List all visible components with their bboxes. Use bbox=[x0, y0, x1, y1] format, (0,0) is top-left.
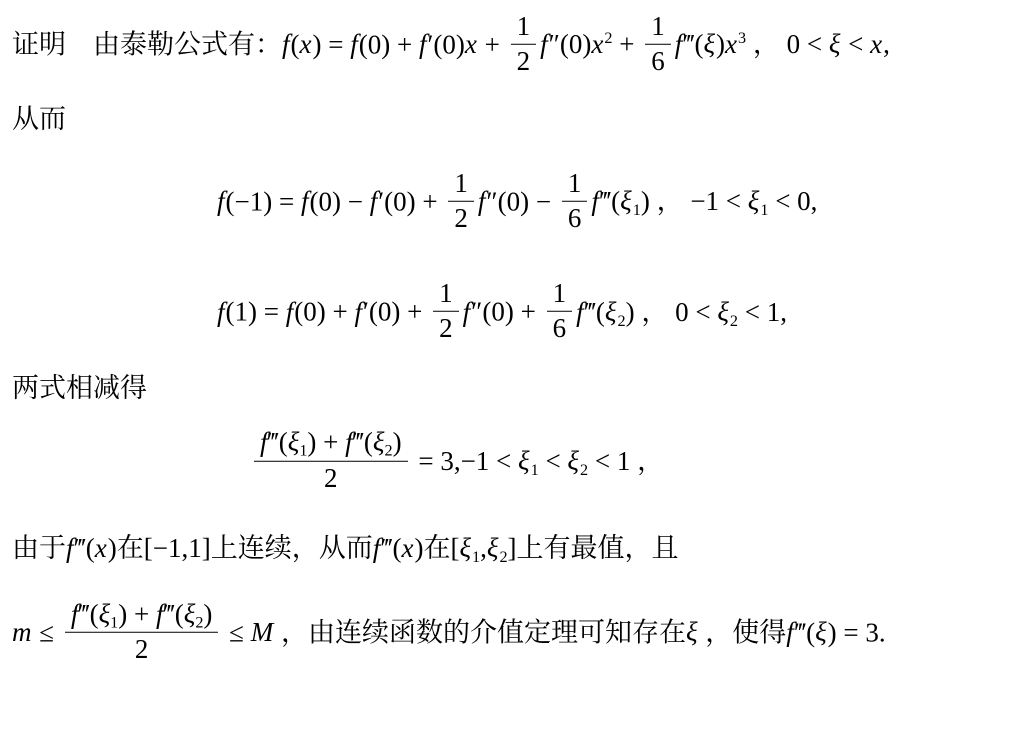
math-run: f″(0) + bbox=[463, 297, 543, 327]
conclusion-line: m ≤ f‴(ξ1) + f‴(ξ2)2 ≤ M ，由连续函数的介值定理可知存在… bbox=[12, 602, 1016, 668]
math-run: f″(0) − bbox=[478, 186, 558, 216]
text-run: 从而 bbox=[12, 104, 66, 134]
thus-line: 从而 bbox=[12, 102, 1016, 137]
fraction: 16 bbox=[562, 168, 588, 234]
f-plus-one-equation: f(1) = f(0) + f′(0) + 12f″(0) + 16f‴(ξ2)… bbox=[12, 281, 1016, 347]
text-run: 在 bbox=[117, 533, 144, 563]
fraction-denominator: 6 bbox=[562, 202, 588, 234]
proof-page: 证明 由泰勒公式有：f(x) = f(0) + f′(0)x + 12f″(0)… bbox=[0, 0, 1028, 741]
f-minus-one-equation: f(−1) = f(0) − f′(0) + 12f″(0) − 16f‴(ξ1… bbox=[12, 171, 1016, 237]
fraction-denominator: 2 bbox=[254, 461, 408, 493]
fraction: f‴(ξ1) + f‴(ξ2)2 bbox=[254, 427, 408, 493]
proof-document: 证明 由泰勒公式有：f(x) = f(0) + f′(0)x + 12f″(0)… bbox=[12, 14, 1016, 668]
text-run: 由于 bbox=[12, 533, 66, 563]
math-run: f″(0)x2 + bbox=[540, 29, 641, 59]
fraction-numerator: 1 bbox=[448, 168, 474, 202]
fraction-numerator: 1 bbox=[433, 278, 459, 312]
fraction-denominator: 6 bbox=[547, 312, 573, 344]
text-run: 上有最值，且 bbox=[517, 533, 679, 563]
fraction-numerator: f‴(ξ1) + f‴(ξ2) bbox=[254, 427, 408, 461]
fraction-numerator: 1 bbox=[547, 278, 573, 312]
math-run: [ξ1,ξ2] bbox=[450, 533, 516, 563]
fraction-numerator: 1 bbox=[511, 11, 537, 45]
math-run: f‴(x) bbox=[373, 533, 424, 563]
fraction: 12 bbox=[511, 11, 537, 77]
text-run: 在 bbox=[423, 533, 450, 563]
text-run: 上连续，从而 bbox=[211, 533, 373, 563]
text-run: 由连续函数的介值定理可知存在 bbox=[308, 617, 686, 647]
math-run: f‴(ξ1) ， −1 < ξ1 < 0, bbox=[591, 186, 817, 216]
continuity-line: 由于f‴(x)在[−1,1]上连续，从而f‴(x)在[ξ1,ξ2]上有最值，且 bbox=[12, 531, 1016, 566]
text-run: 两式相减得 bbox=[12, 373, 147, 403]
text-run: 使得 bbox=[732, 617, 786, 647]
math-run: ξ ， bbox=[686, 617, 732, 647]
taylor-intro-line: 证明 由泰勒公式有：f(x) = f(0) + f′(0)x + 12f″(0)… bbox=[12, 14, 1016, 80]
fraction: 16 bbox=[547, 278, 573, 344]
subtract-line: 两式相减得 bbox=[12, 371, 1016, 406]
fraction: 16 bbox=[645, 11, 671, 77]
fraction-numerator: 1 bbox=[562, 168, 588, 202]
math-run: [−1,1] bbox=[144, 533, 211, 563]
math-run: f‴(x) bbox=[66, 533, 117, 563]
fraction-denominator: 6 bbox=[645, 45, 671, 77]
math-run: f‴(ξ)x3 ， 0 < ξ < x, bbox=[675, 29, 890, 59]
fraction: 12 bbox=[433, 278, 459, 344]
fraction-denominator: 2 bbox=[433, 312, 459, 344]
fraction: f‴(ξ1) + f‴(ξ2)2 bbox=[65, 598, 219, 664]
text-run: 证明 由泰勒公式有： bbox=[12, 29, 282, 59]
average-equation: f‴(ξ1) + f‴(ξ2)2 = 3,−1 < ξ1 < ξ2 < 1 ， bbox=[12, 430, 1016, 496]
math-run: f‴(ξ2) ， 0 < ξ2 < 1, bbox=[576, 297, 787, 327]
math-run: = 3,−1 < ξ1 < ξ2 < 1 ， bbox=[412, 446, 664, 476]
fraction-numerator: f‴(ξ1) + f‴(ξ2) bbox=[65, 598, 219, 632]
math-run: f‴(ξ) = 3. bbox=[786, 617, 885, 647]
math-run: f(−1) = f(0) − f′(0) + bbox=[217, 186, 444, 216]
fraction-denominator: 2 bbox=[448, 202, 474, 234]
math-run: ≤ M ， bbox=[222, 617, 308, 647]
fraction-denominator: 2 bbox=[511, 45, 537, 77]
math-run: f(x) = f(0) + f′(0)x + bbox=[282, 29, 507, 59]
math-run: f(1) = f(0) + f′(0) + bbox=[217, 297, 429, 327]
math-run: m ≤ bbox=[12, 617, 61, 647]
fraction: 12 bbox=[448, 168, 474, 234]
fraction-numerator: 1 bbox=[645, 11, 671, 45]
fraction-denominator: 2 bbox=[65, 632, 219, 664]
